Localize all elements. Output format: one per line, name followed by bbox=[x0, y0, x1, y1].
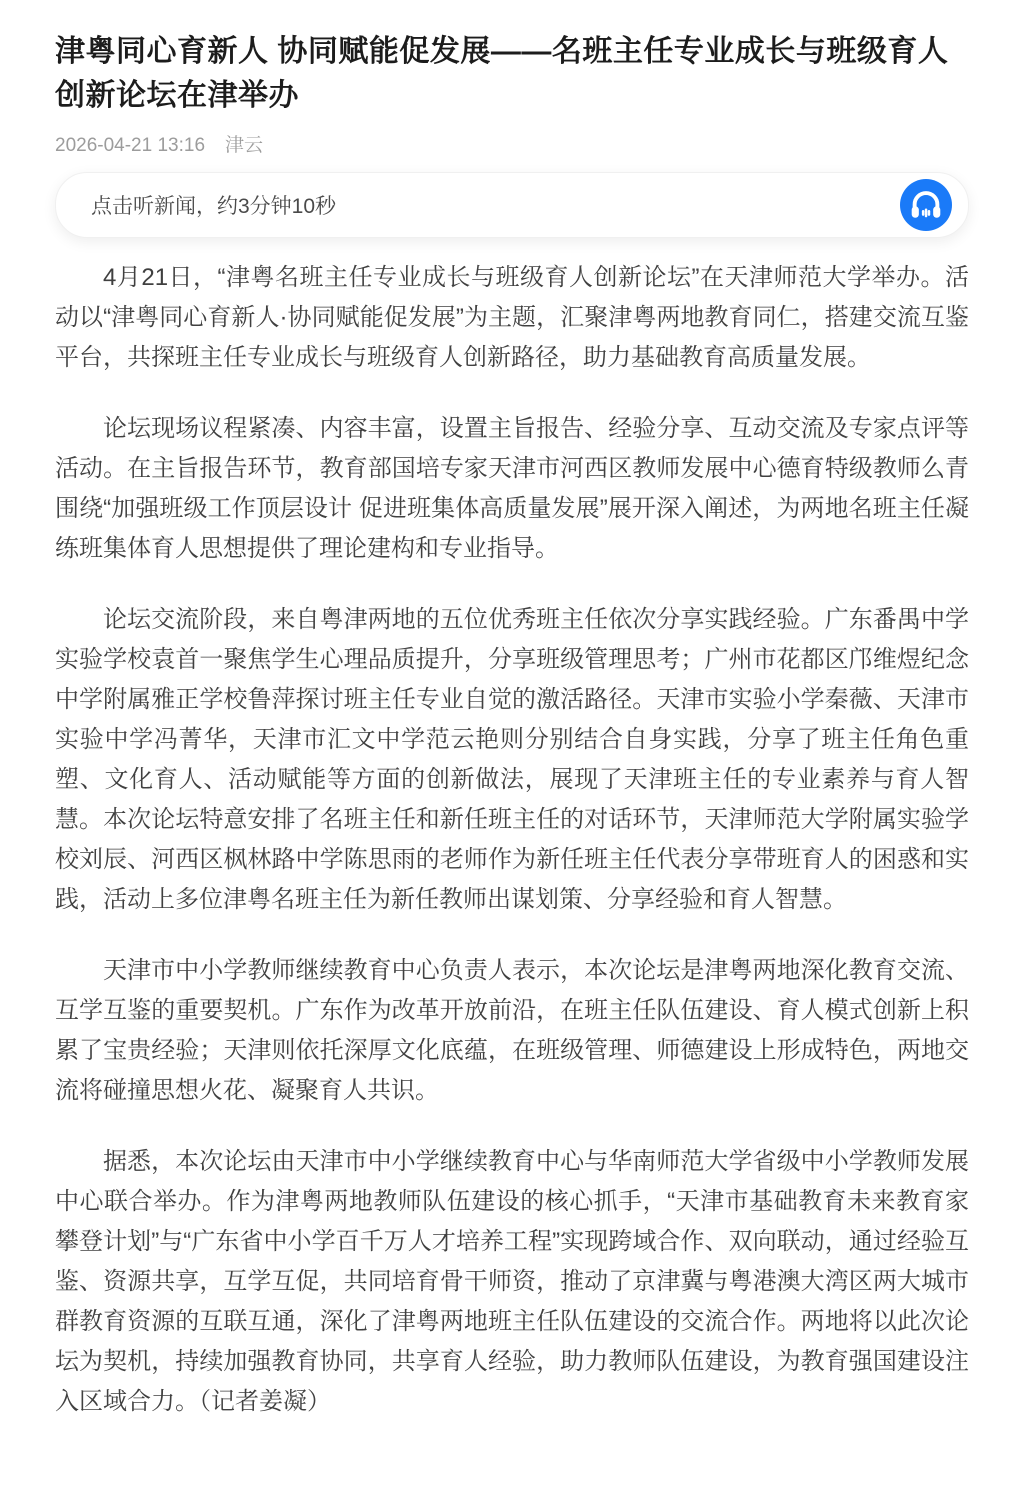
listen-news-bar[interactable]: 点击听新闻，约3分钟10秒 bbox=[55, 172, 969, 238]
listen-news-label: 点击听新闻，约3分钟10秒 bbox=[56, 190, 336, 220]
source-name: 津云 bbox=[225, 134, 263, 158]
publish-time: 2026-04-21 13:16 bbox=[55, 134, 205, 158]
article-paragraph: 论坛现场议程紧凑、内容丰富，设置主旨报告、经验分享、互动交流及专家点评等活动。在… bbox=[55, 409, 969, 569]
article-meta: 2026-04-21 13:16 津云 bbox=[55, 134, 969, 158]
article-paragraph: 据悉，本次论坛由天津市中小学继续教育中心与华南师范大学省级中小学教师发展中心联合… bbox=[55, 1142, 969, 1422]
article-paragraph: 天津市中小学教师继续教育中心负责人表示，本次论坛是津粤两地深化教育交流、互学互鉴… bbox=[55, 951, 969, 1111]
headphone-icon[interactable] bbox=[900, 179, 952, 231]
article-paragraph: 论坛交流阶段，来自粤津两地的五位优秀班主任依次分享实践经验。广东番禺中学实验学校… bbox=[55, 600, 969, 920]
news-article-page: 津粤同心育新人 协同赋能促发展——名班主任专业成长与班级育人创新论坛在津举办 2… bbox=[0, 0, 1024, 1485]
article-paragraph: 4月21日，“津粤名班主任专业成长与班级育人创新论坛”在天津师范大学举办。活动以… bbox=[55, 258, 969, 378]
page-title: 津粤同心育新人 协同赋能促发展——名班主任专业成长与班级育人创新论坛在津举办 bbox=[55, 30, 969, 118]
article-body: 4月21日，“津粤名班主任专业成长与班级育人创新论坛”在天津师范大学举办。活动以… bbox=[55, 258, 969, 1422]
